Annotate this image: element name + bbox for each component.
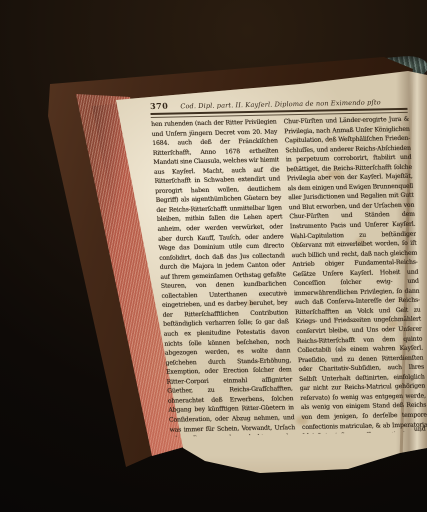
text-column-right: Chur-Fürſten und Länder-erogirte Jura & … — [283, 115, 427, 434]
text-column-left: hen ruhenden (nach der Ritter Privilegie… — [151, 117, 296, 436]
printed-text-block: 370 Cod. Dipl. part. II. Kayſerl. Diplom… — [0, 0, 427, 512]
photo-background: 370 Cod. Dipl. part. II. Kayſerl. Diplom… — [0, 0, 427, 512]
page-number: 370 — [150, 101, 169, 111]
text-columns: hen ruhenden (nach der Ritter Privilegie… — [151, 115, 427, 437]
